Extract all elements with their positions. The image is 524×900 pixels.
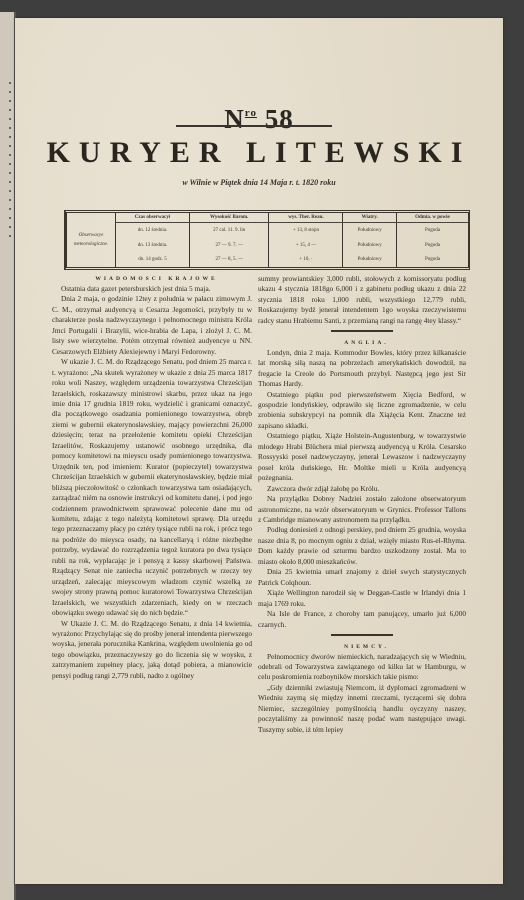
weather-wind: Południowy xyxy=(343,223,396,239)
dateline: w Wilnie w Piątek dnia 14 Maja r. t. 182… xyxy=(15,178,503,187)
section-title-anglia: ANGLIA. xyxy=(258,338,466,348)
article-paragraph: W ukazie J. C. M. do Rządzącego Senatu, … xyxy=(52,357,252,618)
weather-barometer: 27 cal. 11. 9. lin xyxy=(190,223,269,239)
previous-page-text-fragments xyxy=(9,82,11,242)
weather-row-label: Obserwacye meteorologiczne. xyxy=(67,213,116,267)
issue-number-value: 58 xyxy=(265,104,294,134)
weather-barometer: 27 — 9. 7. — xyxy=(190,238,269,252)
section-title-domestic-news: WIADOMOSCI KRAJOWE xyxy=(52,274,252,284)
weather-time: dn. 13 średnia. xyxy=(116,238,190,252)
weather-header-wind: Wiatry. xyxy=(343,213,396,223)
header-rule xyxy=(176,125,332,127)
weather-row: dn. 14 godz. 5 27 — 8, 5. — + 10, · Połu… xyxy=(67,253,468,267)
issue-superscript: ro xyxy=(245,107,257,119)
article-paragraph: Podług doniesień z odnogi perskiey, pod … xyxy=(258,525,466,567)
article-paragraph: Dnia 25 kwietnia umarł znajomy z dzieł s… xyxy=(258,567,466,588)
weather-header-conditions: Odmia. w powie xyxy=(396,213,468,223)
weather-header-barometer: Wysokość Barom. xyxy=(190,213,269,223)
weather-header-thermometer: wys. Ther. Reau. xyxy=(269,213,343,223)
article-paragraph: Londyn, dnia 2 maja. Kommodor Bowles, kt… xyxy=(258,348,466,390)
weather-header-time: Czas obserwacyi xyxy=(116,213,190,223)
weather-thermometer: + 15, 4 — xyxy=(269,238,343,252)
article-paragraph: Xiąże Wellington narodził się w Deggan-C… xyxy=(258,588,466,609)
weather-barometer: 27 — 8, 5. — xyxy=(190,253,269,267)
issue-number: Nro 58 xyxy=(15,104,503,135)
right-column: summy prowiantskiey 3,000 rubli, stołowy… xyxy=(258,274,466,735)
article-paragraph: Na Isle de France, z choroby tam panując… xyxy=(258,609,466,630)
newspaper-page: Nro 58 KURYER LITEWSKI w Wilnie w Piątek… xyxy=(15,18,503,884)
article-paragraph: Na przylądku Dobrey Nadziei zostało zało… xyxy=(258,494,466,525)
newspaper-title: KURYER LITEWSKI xyxy=(15,136,503,170)
article-paragraph: Dnia 2 maja, o godzinie 12tey z południa… xyxy=(52,294,252,357)
weather-conditions: Pogoda xyxy=(396,238,468,252)
article-paragraph: W Ukazie J. C. M. do Rządzącego Senatu, … xyxy=(52,619,252,682)
weather-conditions: Pogoda xyxy=(396,253,468,267)
article-paragraph: summy prowiantskiey 3,000 rubli, stołowy… xyxy=(258,274,466,326)
section-title-niemcy: NIEMCY. xyxy=(258,642,466,652)
weather-row: dn. 13 średnia. 27 — 9. 7. — + 15, 4 — P… xyxy=(67,238,468,252)
article-paragraph: Ostatniego piątku, Xiąże Holstein-August… xyxy=(258,431,466,483)
issue-label: N xyxy=(224,104,245,134)
weather-conditions: Pogoda xyxy=(396,223,468,239)
weather-wind: Południowy xyxy=(343,238,396,252)
weather-time: dn. 12 średnia. xyxy=(116,223,190,239)
article-paragraph: „Gdy dzienniki zwiastują Niemcom, iż dyp… xyxy=(258,683,466,735)
article-paragraph: Zawczora dwór zdjął żałobę po Królu. xyxy=(258,484,466,494)
section-divider xyxy=(331,330,393,332)
weather-row: dn. 12 średnia. 27 cal. 11. 9. lin + 13,… xyxy=(67,223,468,239)
section-divider xyxy=(331,634,393,636)
weather-wind: Południowy xyxy=(343,253,396,267)
weather-thermometer: + 10, · xyxy=(269,253,343,267)
article-paragraph: Ostatnia data gazet petersburskich jest … xyxy=(52,284,252,294)
article-paragraph: Ostatniego piątku pod pierwszeństwem Xię… xyxy=(258,390,466,432)
weather-observation-table: Obserwacye meteorologiczne. Czas obserwa… xyxy=(64,210,470,270)
previous-page-edge xyxy=(0,12,16,900)
weather-time: dn. 14 godz. 5 xyxy=(116,253,190,267)
weather-thermometer: + 13, 8 stopn xyxy=(269,223,343,239)
left-column: WIADOMOSCI KRAJOWE Ostatnia data gazet p… xyxy=(52,274,252,681)
article-paragraph: Pełnomocnicy dworów niemieckich, naradza… xyxy=(258,652,466,683)
